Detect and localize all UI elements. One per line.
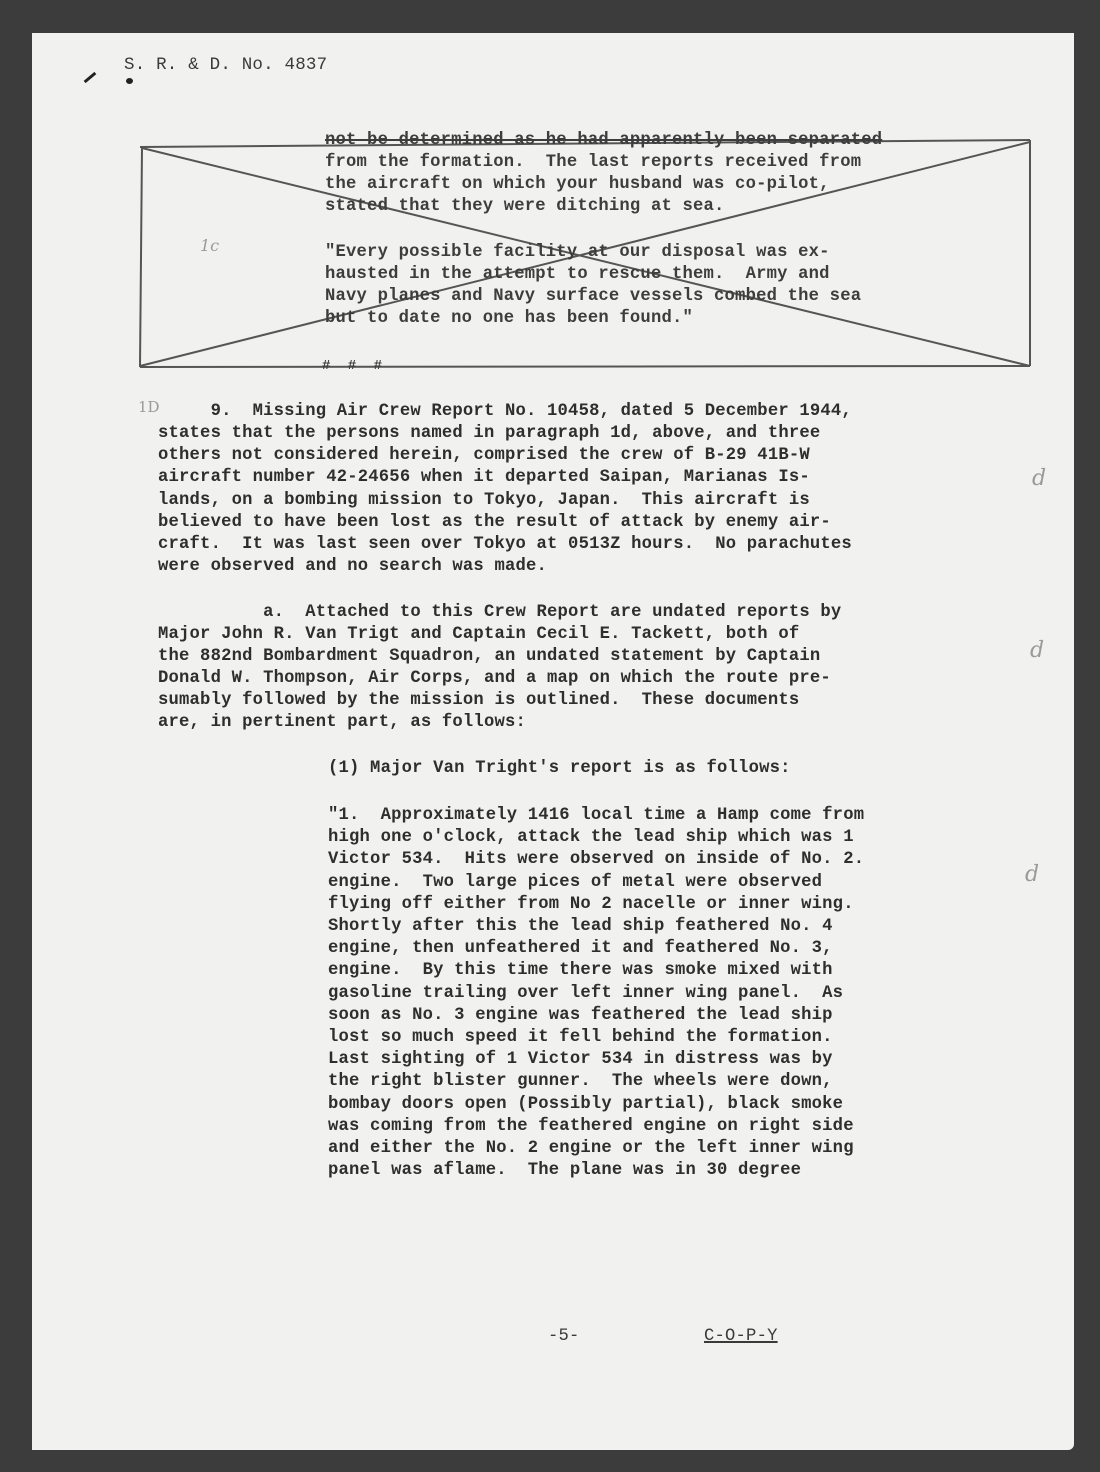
report-line: and either the No. 2 engine or the left … (328, 1138, 854, 1160)
paragraph-line: others not considered herein, comprised … (158, 445, 810, 467)
paragraph-line: were observed and no search was made. (158, 556, 547, 578)
report-line: Victor 534. Hits were observed on inside… (328, 849, 864, 871)
quote-line: but to date no one has been found." (325, 308, 693, 330)
quote-line: stated that they were ditching at sea. (325, 196, 725, 218)
quote-line: from the formation. The last reports rec… (325, 152, 861, 174)
page-number: -5- (548, 1326, 580, 1348)
report-line: Last sighting of 1 Victor 534 in distres… (328, 1049, 833, 1071)
report-line: the right blister gunner. The wheels wer… (328, 1071, 833, 1093)
paragraph-line: are, in pertinent part, as follows: (158, 712, 526, 734)
margin-note-handwritten: 1c (200, 236, 219, 255)
report-line: "1. Approximately 1416 local time a Hamp… (328, 805, 864, 827)
report-line: bombay doors open (Possibly partial), bl… (328, 1094, 843, 1116)
paragraph-line: Major John R. Van Trigt and Captain Ceci… (158, 624, 799, 646)
report-line: was coming from the feathered engine on … (328, 1116, 854, 1138)
margin-mark-handwritten: d (1030, 638, 1044, 663)
paragraph-line: Donald W. Thompson, Air Corps, and a map… (158, 668, 831, 690)
margin-mark-handwritten: d (1032, 466, 1046, 491)
quote-line: "Every possible facility at our disposal… (325, 242, 830, 264)
report-line: soon as No. 3 engine was feathered the l… (328, 1005, 833, 1027)
report-line: high one o'clock, attack the lead ship w… (328, 827, 854, 849)
paragraph-line: sumably followed by the mission is outli… (158, 690, 799, 712)
margin-note-handwritten: 1D (138, 398, 160, 416)
paragraph-line: a. Attached to this Crew Report are unda… (158, 602, 841, 624)
report-line: engine. By this time there was smoke mix… (328, 960, 833, 982)
report-line: Shortly after this the lead ship feather… (328, 916, 833, 938)
paragraph-line: aircraft number 42-24656 when it departe… (158, 467, 810, 489)
paragraph-line: 9. Missing Air Crew Report No. 10458, da… (158, 401, 852, 423)
crossed-out-box (0, 0, 1100, 1472)
copy-mark: C-O-P-Y (704, 1326, 778, 1348)
section-separator: # # # (322, 355, 382, 377)
paragraph-line: the 882nd Bombardment Squadron, an undat… (158, 646, 820, 668)
paragraph-line: lands, on a bombing mission to Tokyo, Ja… (158, 490, 810, 512)
quote-line: the aircraft on which your husband was c… (325, 174, 830, 196)
report-line: engine, then unfeathered it and feathere… (328, 938, 833, 960)
paragraph-line: states that the persons named in paragra… (158, 423, 820, 445)
report-line: panel was aflame. The plane was in 30 de… (328, 1160, 801, 1182)
report-line: lost so much speed it fell behind the fo… (328, 1027, 833, 1049)
report-line: engine. Two large pices of metal were ob… (328, 872, 822, 894)
quote-line: hausted in the attempt to rescue them. A… (325, 264, 830, 286)
report-line: flying off either from No 2 nacelle or i… (328, 894, 854, 916)
paragraph-line: craft. It was last seen over Tokyo at 05… (158, 534, 852, 556)
margin-mark-handwritten: d (1025, 862, 1039, 887)
struck-line: not be determined as he had apparently b… (325, 130, 882, 152)
paragraph-line: believed to have been lost as the result… (158, 512, 831, 534)
subheading: (1) Major Van Tright's report is as foll… (328, 758, 791, 780)
report-line: gasoline trailing over left inner wing p… (328, 983, 843, 1005)
quote-line: Navy planes and Navy surface vessels com… (325, 286, 861, 308)
